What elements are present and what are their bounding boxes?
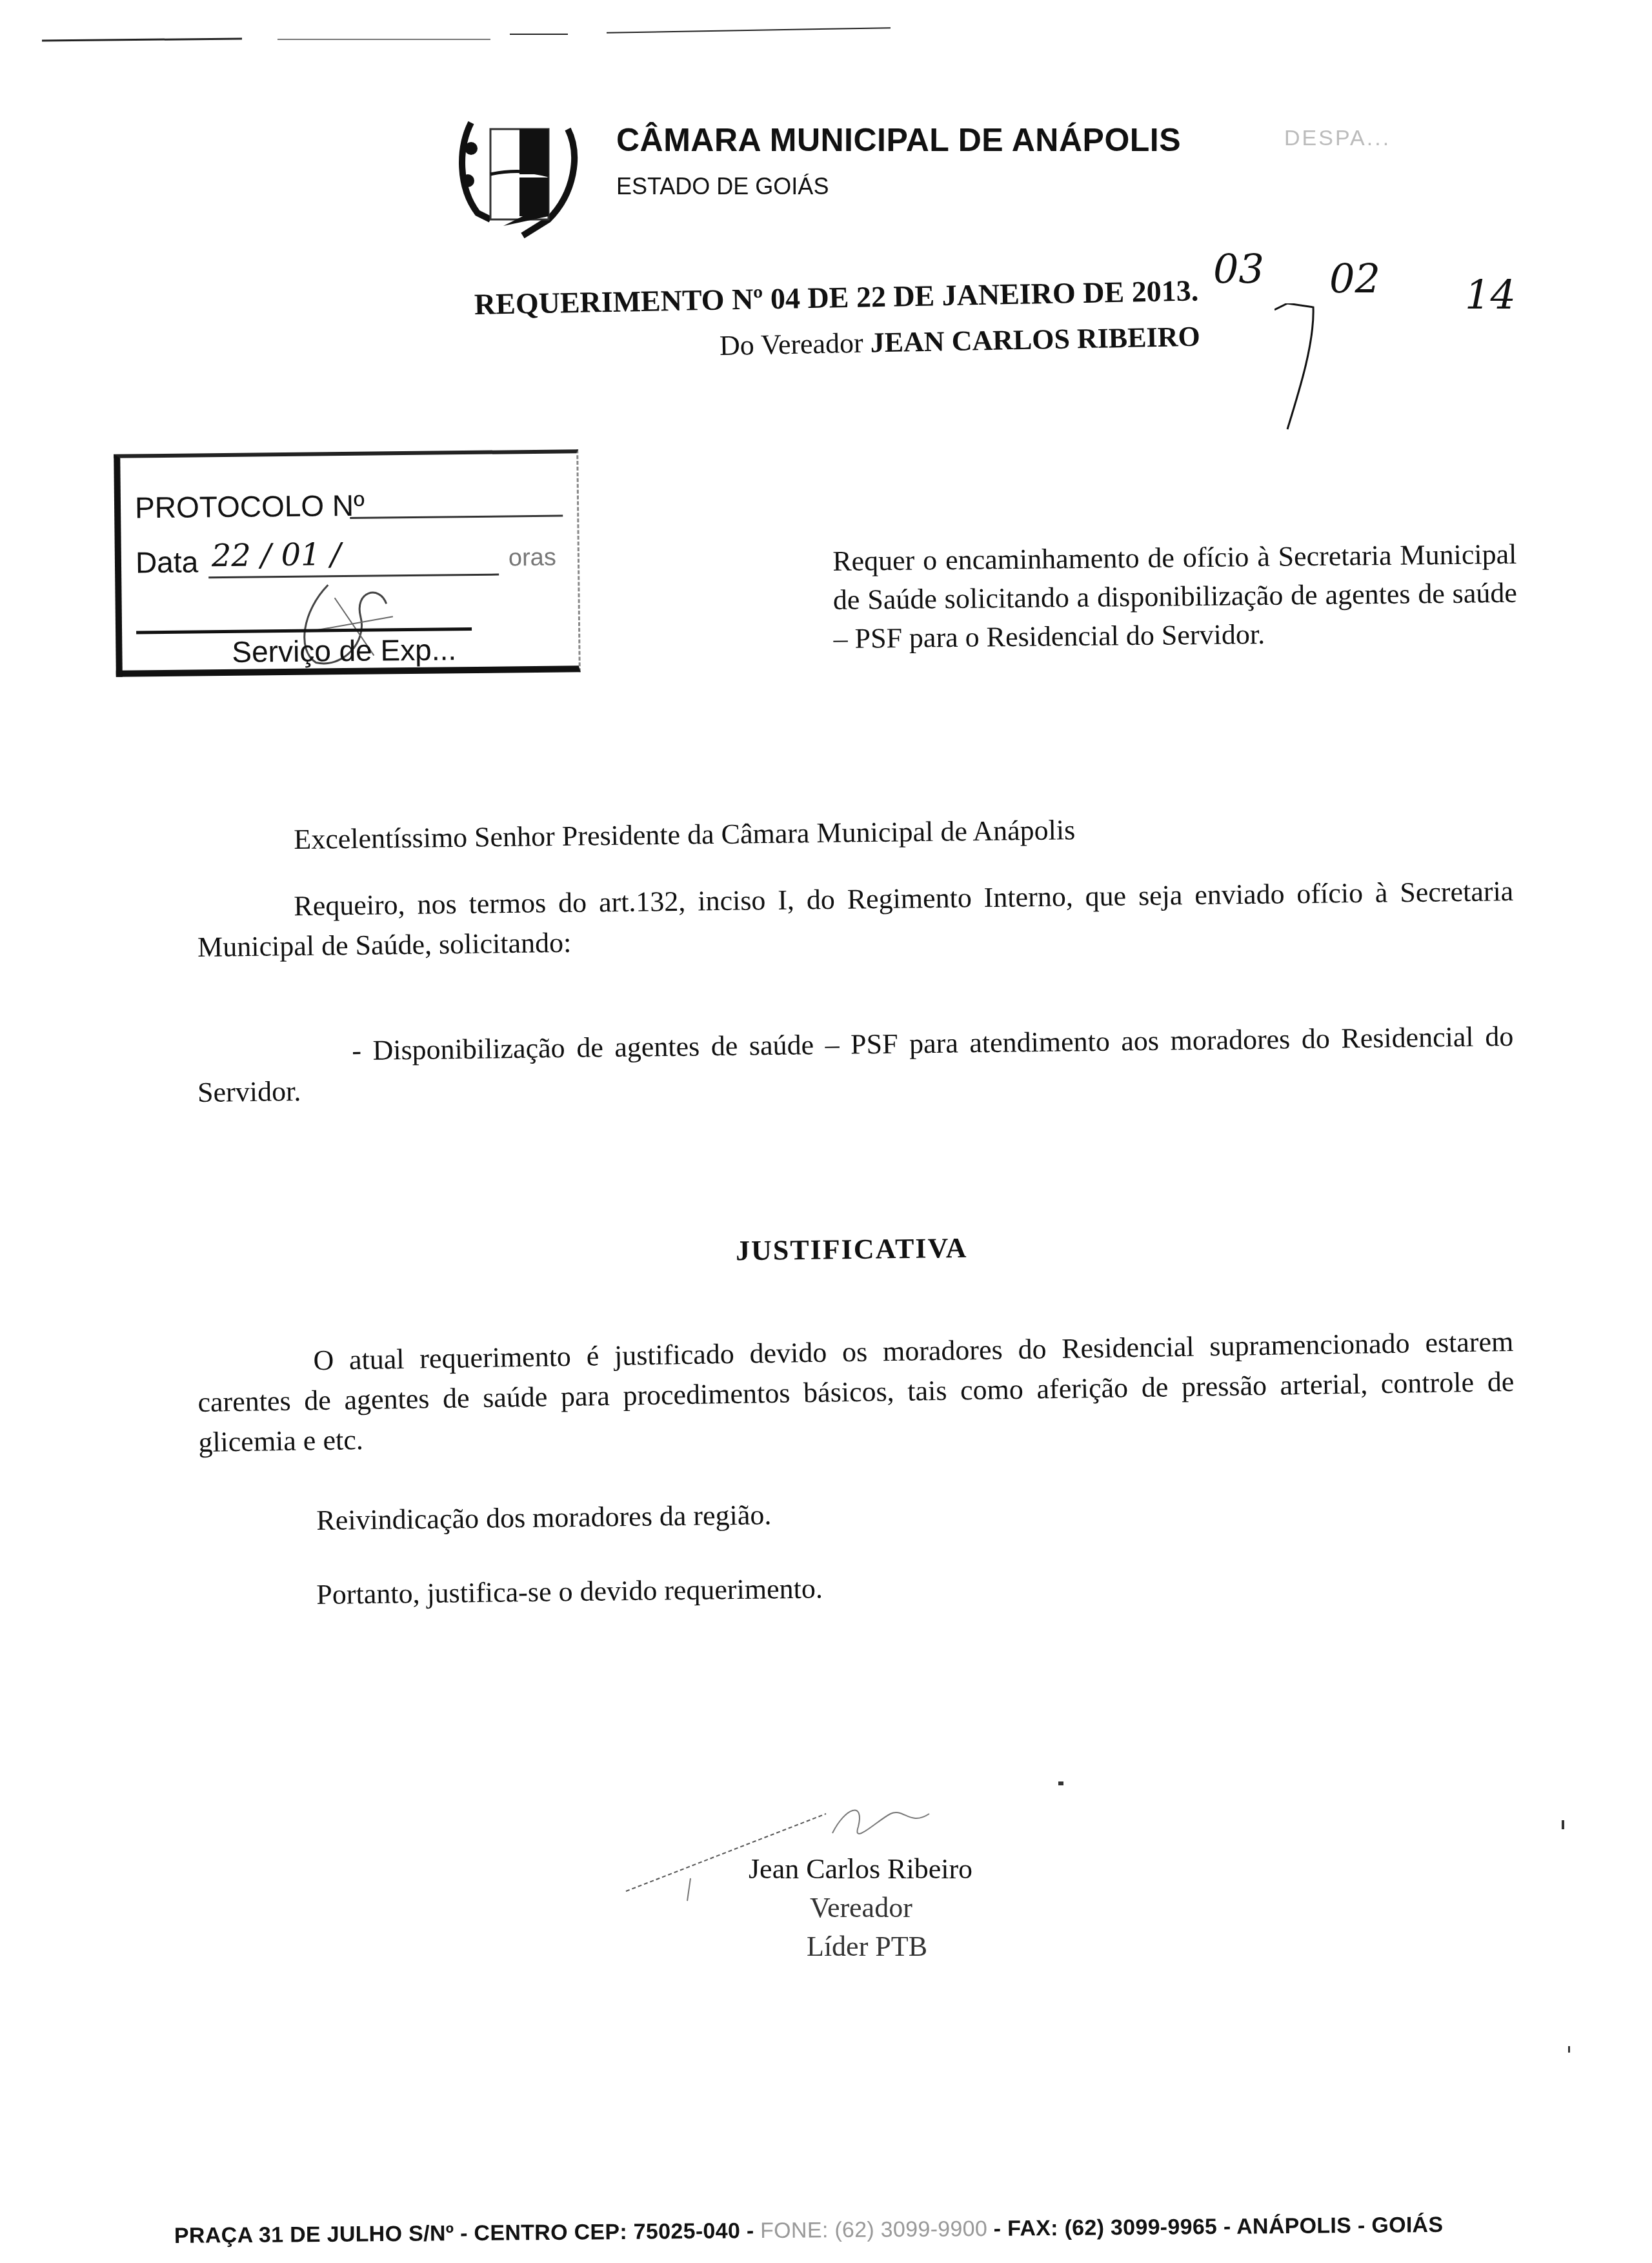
scan-line bbox=[277, 39, 490, 40]
document-title: REQUERIMENTO Nº 04 DE 22 DE JANEIRO DE 2… bbox=[474, 273, 1198, 321]
salutation: Excelentíssimo Senhor Presidente da Câma… bbox=[294, 810, 1076, 860]
protocol-label: PROTOCOLO Nº bbox=[135, 488, 365, 525]
closing-paragraph: Portanto, justifica-se o devido requerim… bbox=[316, 1568, 823, 1615]
scan-speck bbox=[1562, 1820, 1564, 1829]
org-state: ESTADO DE GOIÁS bbox=[616, 173, 829, 200]
signatory-party: Líder PTB bbox=[807, 1930, 927, 1963]
author-name: JEAN CARLOS RIBEIRO bbox=[870, 321, 1200, 359]
signatory-name: Jean Carlos Ribeiro bbox=[749, 1852, 972, 1885]
claim-paragraph: Reivindicação dos moradores da região. bbox=[316, 1495, 772, 1541]
footer-street: PRAÇA 31 DE JULHO S/Nº - CENTRO bbox=[174, 2220, 568, 2248]
org-name: CÂMARA MUNICIPAL DE ANÁPOLIS bbox=[616, 121, 1181, 159]
scan-line bbox=[42, 37, 242, 41]
footer-phone: FONE: (62) 3099-9900 bbox=[760, 2217, 987, 2243]
footer-city: ANÁPOLIS - GOIÁS bbox=[1236, 2213, 1444, 2239]
scan-speck bbox=[1058, 1781, 1063, 1785]
handwritten-day: 03 bbox=[1213, 245, 1264, 292]
faint-dispatch-stamp: DESPA... bbox=[1284, 126, 1391, 151]
handwritten-month: 02 bbox=[1329, 255, 1380, 302]
signatory-role: Vereador bbox=[810, 1891, 912, 1924]
protocol-date-label: Data bbox=[136, 544, 199, 580]
ementa-summary: Requer o encaminhamento de ofício à Secr… bbox=[832, 535, 1518, 658]
municipal-crest-icon bbox=[452, 110, 587, 245]
signature-scribble-icon bbox=[619, 1794, 955, 1904]
handwritten-year: 14 bbox=[1465, 271, 1516, 318]
scan-speck bbox=[1568, 2046, 1570, 2053]
protocol-date-value: 22 / 01 / bbox=[212, 536, 341, 574]
protocol-stamp: PROTOCOLO Nº Data 22 / 01 / oras Serviço… bbox=[114, 449, 581, 677]
justification-heading: JUSTIFICATIVA bbox=[736, 1232, 968, 1267]
handwritten-mark-icon bbox=[1274, 303, 1326, 432]
footer-cep: CEP: 75025-040 bbox=[574, 2218, 740, 2244]
document-author: Do Vereador JEAN CARLOS RIBEIRO bbox=[720, 320, 1201, 362]
scan-line bbox=[510, 34, 568, 35]
footer-fax: FAX: (62) 3099-9965 bbox=[1007, 2215, 1217, 2241]
justification-paragraph: O atual requerimento é justificado devid… bbox=[197, 1322, 1515, 1463]
author-prefix: Do Vereador bbox=[720, 327, 871, 361]
protocol-service-label: Serviço de Exp... bbox=[232, 632, 456, 669]
footer-address: PRAÇA 31 DE JULHO S/Nº - CENTRO CEP: 750… bbox=[174, 2213, 1444, 2249]
protocol-hours-label: oras bbox=[509, 544, 556, 573]
protocol-number-line bbox=[350, 514, 563, 518]
scan-line bbox=[607, 27, 891, 34]
request-item: - Disponibilização de agentes de saúde –… bbox=[197, 1017, 1514, 1113]
request-paragraph: Requeiro, nos termos do art.132, inciso … bbox=[197, 871, 1514, 968]
